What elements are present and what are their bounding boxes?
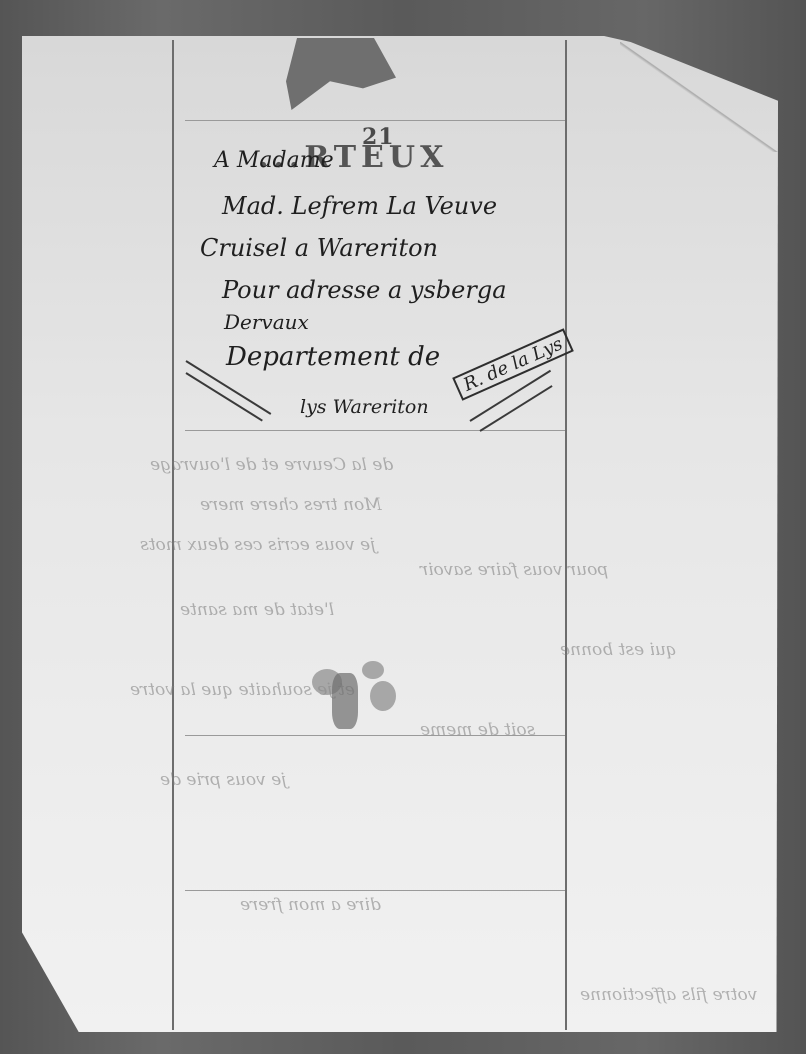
- address-line-3: Cruisel a Wareriton: [200, 234, 438, 262]
- bleed-through-text: soit de meme: [420, 720, 535, 740]
- address-line-7: lys Wareriton: [300, 396, 429, 418]
- address-line-2: Mad. Lefrem La Veuve: [222, 192, 497, 220]
- address-line-1: A Madame: [214, 148, 334, 173]
- folded-corner: [620, 42, 780, 152]
- bleed-through-text: l'etat de ma sante: [180, 600, 334, 620]
- bleed-through-text: je vous prie de: [160, 770, 287, 790]
- fold-line-horizontal: [185, 430, 565, 431]
- bleed-through-text: qui est bonne: [560, 640, 677, 660]
- letter-sheet: [22, 36, 778, 1032]
- fold-line-right: [565, 40, 567, 1030]
- bleed-through-text: pour vous faire savoir: [420, 560, 608, 580]
- fold-line-horizontal: [185, 120, 565, 121]
- address-line-6: Departement de: [226, 342, 440, 372]
- bleed-through-text: Mon tres chere mere: [200, 495, 382, 515]
- wax-seal-remnant: [312, 655, 400, 735]
- address-line-5: Dervaux: [224, 310, 309, 334]
- bleed-through-text: dire a mon frere: [240, 895, 381, 915]
- fold-line-horizontal: [185, 890, 565, 891]
- bleed-through-text: de la Ceuvre et de l'ouvrage: [150, 455, 393, 475]
- bleed-through-text: je vous ecris ces deux mots: [140, 535, 375, 555]
- address-line-4: Pour adresse a ysberga: [222, 276, 507, 304]
- bleed-through-text: votre fils affectionne: [580, 985, 757, 1005]
